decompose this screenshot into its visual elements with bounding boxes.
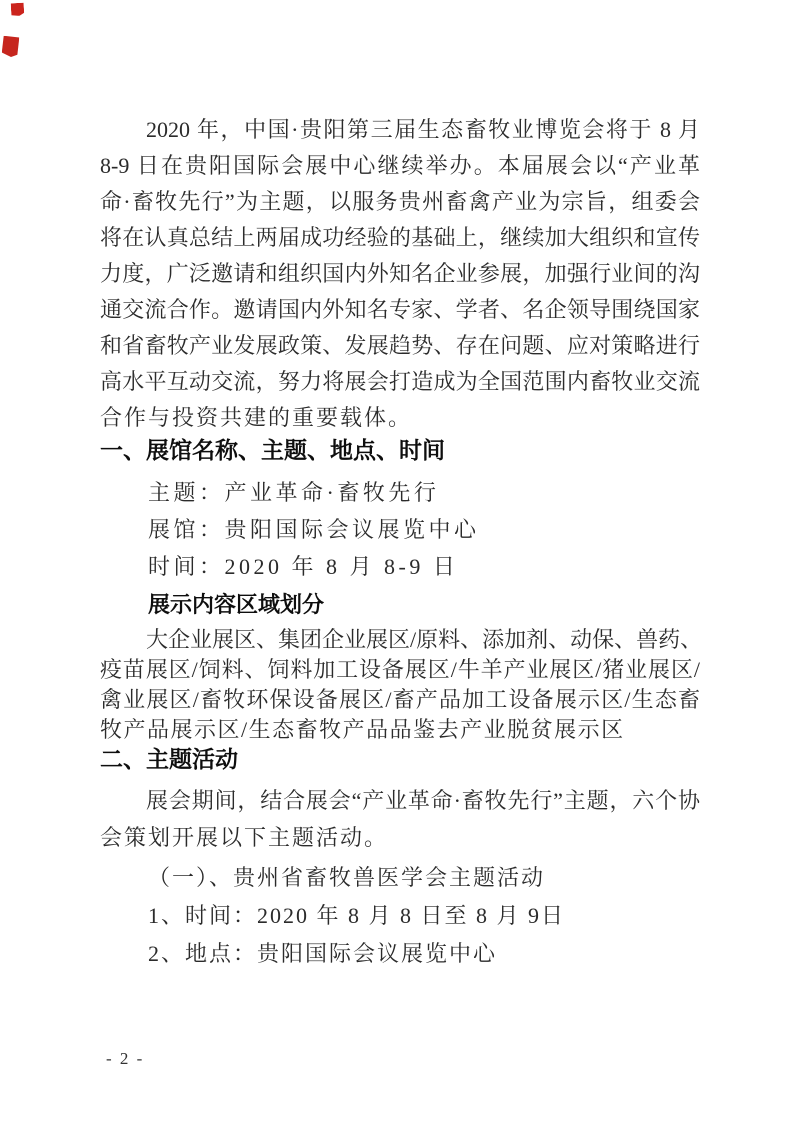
red-scan-mark-1 — [11, 3, 25, 17]
intro-line: 命·畜牧先行”为主题，以服务贵州畜禽产业为宗旨，组委会 — [100, 184, 700, 220]
intro-line: 将在认真总结上两届成功经验的基础上，继续加大组织和宣传 — [100, 220, 700, 256]
section-1-heading: 一、展馆名称、主题、地点、时间 — [100, 436, 700, 464]
display-zones-subheading: 展示内容区域划分 — [100, 591, 700, 619]
red-scan-mark-2 — [2, 36, 20, 58]
section-1-items: 主题：产业革命·畜牧先行 展馆：贵阳国际会议展览中心 时间：2020 年 8 月… — [100, 474, 700, 585]
activity-1-block: （一）、贵州省畜牧兽医学会主题活动 1、时间：2020 年 8 月 8 日至 8… — [100, 859, 700, 973]
activity-1-title: （一）、贵州省畜牧兽医学会主题活动 — [100, 859, 700, 897]
activity-1-location: 2、地点：贵阳国际会议展览中心 — [100, 935, 700, 973]
section-2-intro: 展会期间，结合展会“产业革命·畜牧先行”主题，六个协 会策划开展以下主题活动。 — [100, 782, 700, 856]
intro-line: 通交流合作。邀请国内外知名专家、学者、名企领导围绕国家 — [100, 292, 700, 328]
section-2-heading: 二、主题活动 — [100, 745, 700, 773]
zones-line: 疫苗展区/饲料、饲料加工设备展区/牛羊产业展区/猪业展区/ — [100, 655, 700, 685]
item-time: 时间：2020 年 8 月 8-9 日 — [100, 548, 700, 585]
activity-1-time: 1、时间：2020 年 8 月 8 日至 8 月 9日 — [100, 897, 700, 935]
page-number: - 2 - — [106, 1049, 144, 1069]
intro-line: 和省畜牧产业发展政策、发展趋势、存在问题、应对策略进行 — [100, 328, 700, 364]
document-body: 2020 年，中国·贵阳第三届生态畜牧业博览会将于 8 月 8-9 日在贵阳国际… — [100, 112, 700, 973]
intro-line: 合作与投资共建的重要载体。 — [100, 400, 700, 436]
section-2-intro-line: 会策划开展以下主题活动。 — [100, 819, 700, 856]
section-2-intro-line: 展会期间，结合展会“产业革命·畜牧先行”主题，六个协 — [100, 782, 700, 819]
zones-line: 牧产品展示区/生态畜牧产品品鉴去产业脱贫展示区 — [100, 715, 700, 745]
intro-line: 力度，广泛邀请和组织国内外知名企业参展，加强行业间的沟 — [100, 256, 700, 292]
document-page: 2020 年，中国·贵阳第三届生态畜牧业博览会将于 8 月 8-9 日在贵阳国际… — [0, 0, 800, 1133]
item-venue: 展馆：贵阳国际会议展览中心 — [100, 511, 700, 548]
intro-line: 2020 年，中国·贵阳第三届生态畜牧业博览会将于 8 月 — [100, 112, 700, 148]
item-theme: 主题：产业革命·畜牧先行 — [100, 474, 700, 511]
intro-line: 高水平互动交流，努力将展会打造成为全国范围内畜牧业交流 — [100, 364, 700, 400]
zones-line: 禽业展区/畜牧环保设备展区/畜产品加工设备展示区/生态畜 — [100, 685, 700, 715]
intro-line: 8-9 日在贵阳国际会展中心继续举办。本届展会以“产业革 — [100, 148, 700, 184]
display-zones-paragraph: 大企业展区、集团企业展区/原料、添加剂、动保、兽药、 疫苗展区/饲料、饲料加工设… — [100, 625, 700, 745]
intro-paragraph: 2020 年，中国·贵阳第三届生态畜牧业博览会将于 8 月 8-9 日在贵阳国际… — [100, 112, 700, 436]
zones-line: 大企业展区、集团企业展区/原料、添加剂、动保、兽药、 — [100, 625, 700, 655]
